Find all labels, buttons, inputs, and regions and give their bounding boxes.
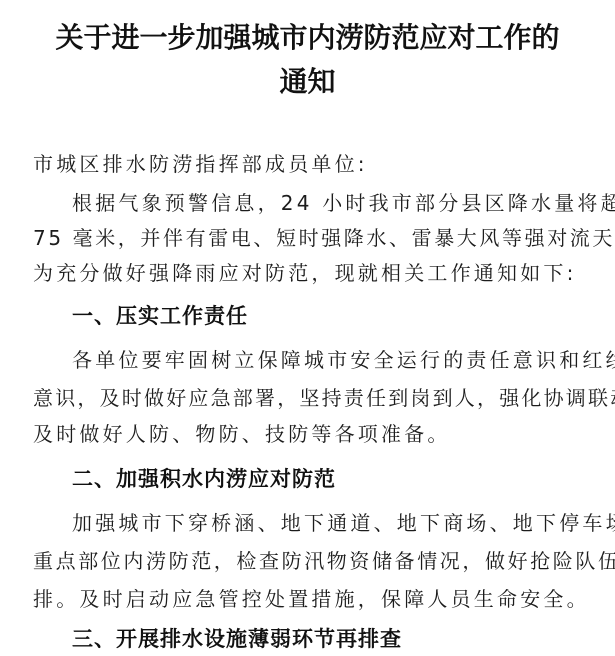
intro-line-2: 75 毫米，并伴有雷电、短时强降水、雷暴大风等强对流天气。 (33, 222, 615, 251)
salutation: 市城区排水防涝指挥部成员单位: (33, 148, 368, 177)
section-2-line-1: 加强城市下穿桥涵、地下通道、地下商场、地下停车场等 (72, 507, 615, 536)
section-heading-3: 三、开展排水设施薄弱环节再排查 (72, 623, 402, 653)
section-heading-1: 一、压实工作责任 (72, 300, 248, 330)
intro-line-1: 根据气象预警信息，24 小时我市部分县区降水量将超过 (72, 187, 615, 216)
section-1-line-1: 各单位要牢固树立保障城市安全运行的责任意识和红线 (72, 344, 615, 373)
section-2-line-2: 重点部位内涝防范，检查防汛物资储备情况，做好抢险队伍安 (33, 545, 615, 574)
document-title-line-1: 关于进一步加强城市内涝防范应对工作的 (0, 16, 615, 56)
section-2-line-3: 排。及时启动应急管控处置措施，保障人员生命安全。 (33, 583, 590, 612)
section-1-line-3: 及时做好人防、物防、技防等各项准备。 (33, 418, 451, 447)
document-title-line-2: 通知 (0, 60, 615, 100)
section-1-line-2: 意识，及时做好应急部署，坚持责任到岗到人，强化协调联动， (33, 382, 615, 411)
section-heading-2: 二、加强积水内涝应对防范 (72, 463, 336, 493)
intro-line-3: 为充分做好强降雨应对防范，现就相关工作通知如下: (33, 257, 577, 286)
document-page: 关于进一步加强城市内涝防范应对工作的 通知 市城区排水防涝指挥部成员单位: 根据… (0, 0, 615, 656)
